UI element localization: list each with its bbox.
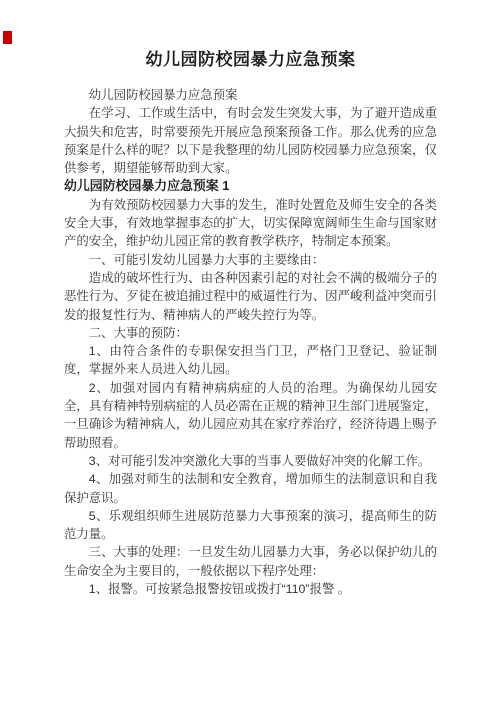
paragraph: 造成的破坏性行为、由各种因素引起的对社会不满的极端分子的恶性行为、歹徒在被追捕过… xyxy=(64,269,437,324)
document-page: 幼儿园防校园暴力应急预案 幼儿园防校园暴力应急预案在学习、工作或生活中，有时会发… xyxy=(0,0,500,707)
paragraph: 三、大事的处理：一旦发生幼儿园暴力大事，务必以保护幼儿的生命安全为主要目的，一般… xyxy=(64,543,437,580)
document-content: 幼儿园防校园暴力应急预案 幼儿园防校园暴力应急预案在学习、工作或生活中，有时会发… xyxy=(64,50,437,598)
paragraph: 1、报警。可按紧急报警按钮或拨打“110”报警 。 xyxy=(64,580,437,598)
paragraph: 在学习、工作或生活中，有时会发生突发大事，为了避开造成重大损失和危害，时常要预先… xyxy=(64,104,437,177)
paragraph: 2、加强对园内有精神病病症的人员的治理。为确保幼儿园安全，具有精神特别病症的人员… xyxy=(64,379,437,452)
red-flag-marker xyxy=(3,31,12,44)
section-heading: 幼儿园防校园暴力应急预案 1 xyxy=(64,177,437,195)
paragraph: 为有效预防校园暴力大事的发生，准时处置危及师生安全的各类安全大事，有效地掌握事态… xyxy=(64,196,437,251)
paragraph: 一、可能引发幼儿园暴力大事的主要缘由： xyxy=(64,251,437,269)
paragraph: 1、由符合条件的专职保安担当门卫，严格门卫登记、验证制度，掌握外来人员进入幼儿园… xyxy=(64,342,437,379)
paragraph: 4、加强对师生的法制和安全教育，增加师生的法制意识和自我保护意识。 xyxy=(64,470,437,507)
paragraph: 3、对可能引发冲突激化大事的当事人要做好冲突的化解工作。 xyxy=(64,452,437,470)
document-title: 幼儿园防校园暴力应急预案 xyxy=(64,50,437,70)
paragraph: 5、乐观组织师生进展防范暴力大事预案的演习，提高师生的防范力量。 xyxy=(64,507,437,544)
paragraph-list: 幼儿园防校园暴力应急预案在学习、工作或生活中，有时会发生突发大事，为了避开造成重… xyxy=(64,86,437,598)
paragraph: 幼儿园防校园暴力应急预案 xyxy=(64,86,437,104)
paragraph: 二、大事的预防： xyxy=(64,324,437,342)
